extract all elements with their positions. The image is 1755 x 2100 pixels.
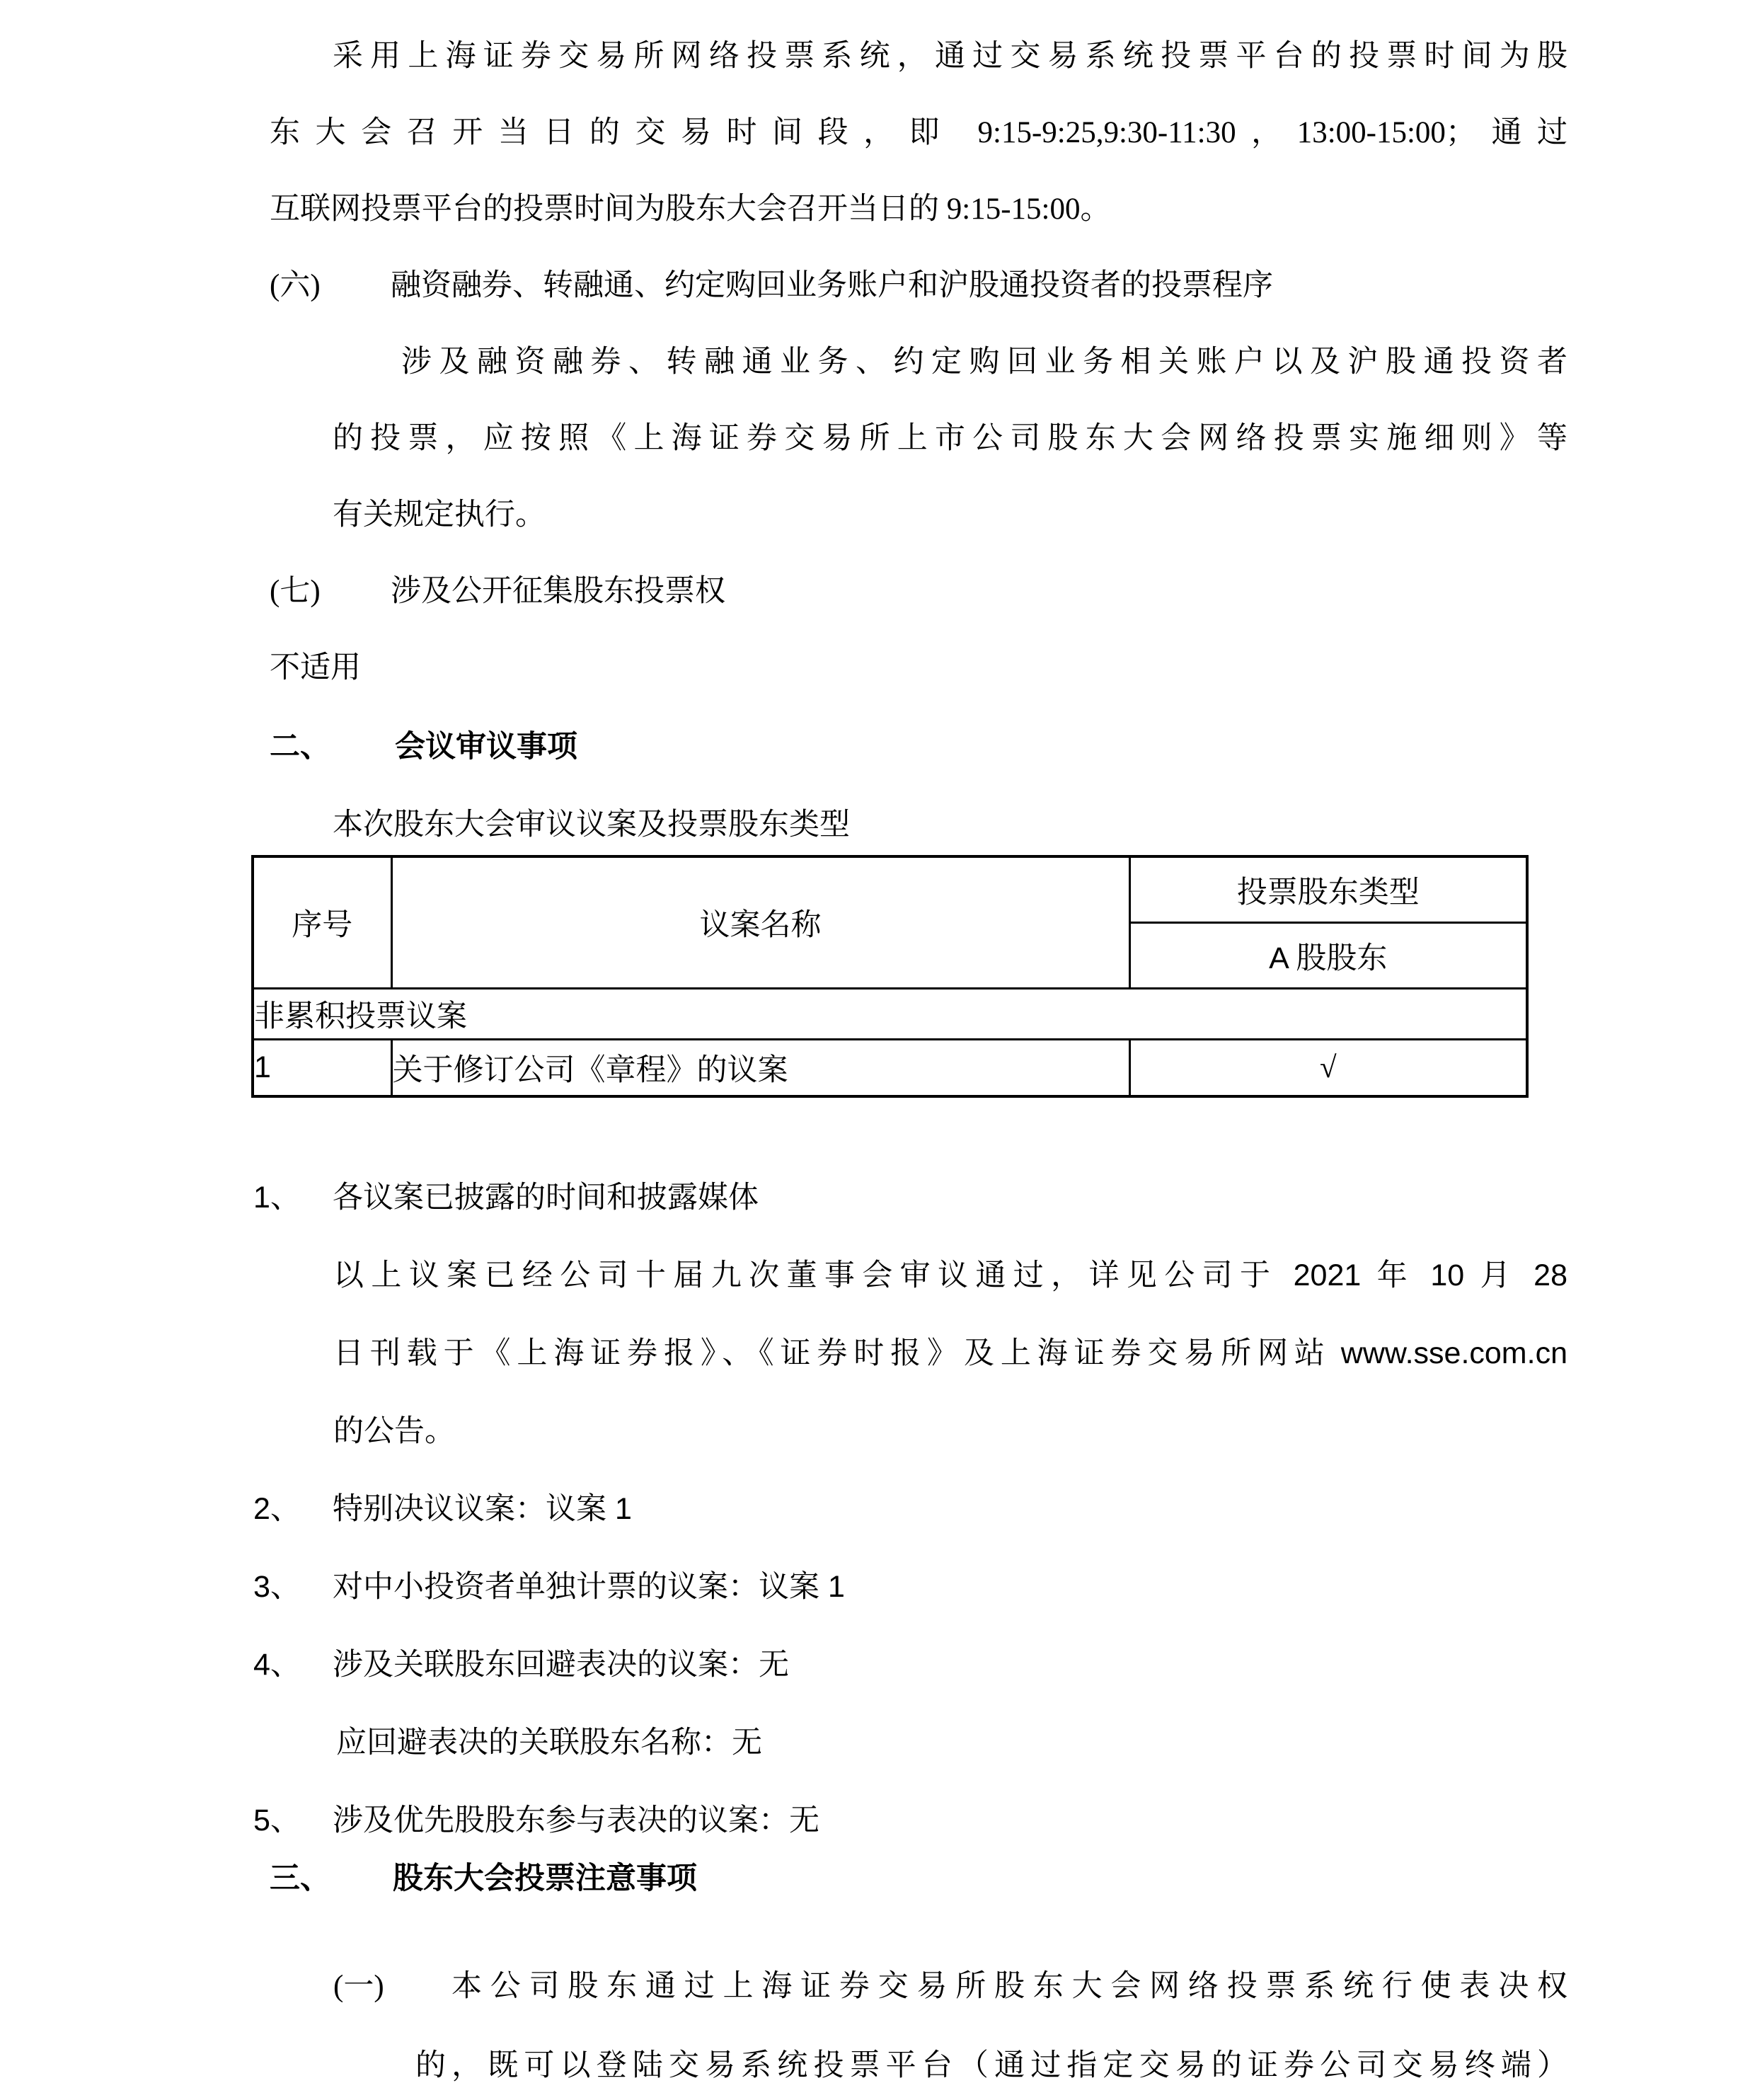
item6-body-line2: 的投票，应按照《上海证券交易所上市公司股东大会网络投票实施细则》等 — [333, 421, 1567, 456]
section3-sub-line1: 本公司股东通过上海证券交易所股东大会网络投票系统行使表决权 — [451, 1969, 1567, 2004]
note4-body: 应回避表决的关联股东名称：无 — [336, 1726, 762, 1760]
note1-body-line3: 的公告。 — [333, 1414, 455, 1449]
table-header-seq: 序号 — [253, 856, 391, 989]
section2-label: 二、 — [270, 730, 330, 764]
section2-subtitle: 本次股东大会审议议案及投票股东类型 — [333, 808, 850, 842]
note4-number: 4、 — [253, 1648, 301, 1682]
note1-body-line2-url: www.sse.com.cn — [1341, 1336, 1567, 1370]
table-cell-vote-check: √ — [1129, 1040, 1527, 1097]
item6-label: (六) — [270, 268, 321, 303]
table-header-a-share: A 股股东 — [1129, 923, 1527, 989]
table-row: 1 关于修订公司《章程》的议案 √ — [253, 1040, 1527, 1097]
section3-title: 股东大会投票注意事项 — [393, 1861, 697, 1896]
document-page: 采用上海证券交易所网络投票系统，通过交易系统投票平台的投票时间为股 东大会召开当… — [0, 0, 1755, 2100]
table-group-row: 非累积投票议案 — [253, 989, 1527, 1040]
item6-title: 融资融券、转融通、约定购回业务账户和沪股通投资者的投票程序 — [391, 268, 1273, 303]
note3-number: 3、 — [253, 1570, 301, 1605]
proposal-table: 序号 议案名称 投票股东类型 A 股股东 非累积投票议案 1 关于修订公司《章程… — [251, 855, 1529, 1098]
section3-sub-label: (一) — [333, 1969, 384, 2004]
note1-number: 1、 — [253, 1181, 301, 1215]
note5-title: 涉及优先股股东参与表决的议案：无 — [333, 1803, 819, 1838]
table-header-vote-type: 投票股东类型 — [1129, 856, 1527, 923]
note4-title: 涉及关联股东回避表决的议案：无 — [333, 1648, 789, 1682]
table-cell-name: 关于修订公司《章程》的议案 — [391, 1040, 1129, 1097]
note3-title: 对中小投资者单独计票的议案：议案 1 — [333, 1570, 845, 1605]
note1-body-line1: 以上议案已经公司十届九次董事会审议通过，详见公司于 2021 年 10 月 28 — [333, 1258, 1567, 1293]
item6-body-line1: 涉及融资融券、转融通业务、约定购回业务相关账户以及沪股通投资者 — [401, 345, 1567, 379]
table-cell-seq: 1 — [253, 1040, 391, 1097]
table-header-name: 议案名称 — [391, 856, 1129, 989]
item7-label: (七) — [270, 574, 321, 609]
item6-body-line3: 有关规定执行。 — [333, 498, 546, 532]
note2-title: 特别决议议案：议案 1 — [333, 1492, 632, 1527]
item7-body: 不适用 — [270, 650, 361, 685]
intro-line-1: 采用上海证券交易所网络投票系统，通过交易系统投票平台的投票时间为股 — [333, 39, 1567, 74]
section3-sub-line2: 的，既可以登陆交易系统投票平台（通过指定交易的证券公司交易终端） — [415, 2048, 1567, 2083]
note1-body-line2: 日刊载于《上海证券报》、《证券时报》及上海证券交易所网站www.sse.com.… — [333, 1336, 1567, 1371]
note1-body-line2-text: 日刊载于《上海证券报》、《证券时报》及上海证券交易所网站 — [333, 1337, 1331, 1370]
intro-line-2: 东大会召开当日的交易时间段，即 9:15-9:25,9:30-11:30，13:… — [270, 115, 1567, 150]
section3-label: 三、 — [270, 1861, 330, 1896]
section2-title: 会议审议事项 — [395, 730, 577, 764]
note1-title: 各议案已披露的时间和披露媒体 — [333, 1181, 759, 1215]
note2-number: 2、 — [253, 1492, 301, 1527]
item7-title: 涉及公开征集股东投票权 — [391, 574, 725, 609]
intro-line-3: 互联网投票平台的投票时间为股东大会召开当日的 9:15-15:00。 — [270, 192, 1110, 226]
note5-number: 5、 — [253, 1803, 301, 1838]
